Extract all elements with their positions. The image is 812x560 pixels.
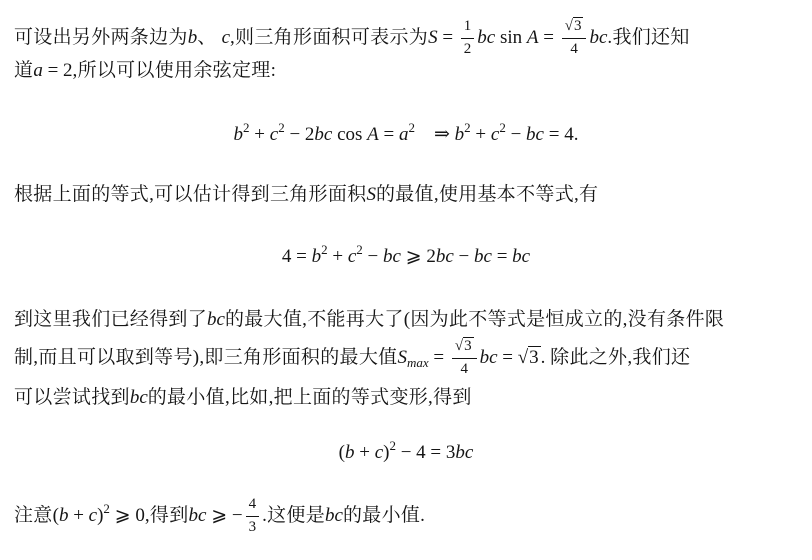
math-roman: 3 [464, 338, 472, 354]
math-roman: = 2 [43, 61, 73, 81]
math-variable: bc [207, 310, 225, 330]
fraction-numerator: √3 [562, 17, 587, 38]
math-roman: − [454, 247, 474, 267]
text-chinese: 可设出另外两条边为 [14, 28, 188, 48]
math-variable: bc [455, 443, 473, 463]
math-subscript: max [407, 356, 429, 370]
text-chinese: 注意 [14, 506, 53, 526]
text-chinese: 的最小值. [343, 506, 425, 526]
math-variable: c [348, 247, 356, 267]
math-variable: b [312, 247, 322, 267]
math-superscript: 2 [356, 243, 363, 257]
text-chinese: ,则三角形面积可表示为 [230, 28, 428, 48]
math-variable: c [222, 28, 230, 48]
math-square-root: √3 [565, 17, 584, 34]
text-chinese: .这便是 [262, 506, 325, 526]
math-variable: a [399, 125, 409, 145]
text-chinese: ,得到 [145, 506, 189, 526]
math-roman: − [363, 247, 383, 267]
math-roman: 3 [249, 519, 257, 535]
math-roman: − [506, 125, 526, 145]
math-roman: = [379, 125, 399, 145]
radicand: 3 [573, 17, 584, 34]
math-variable: c [270, 125, 278, 145]
text-chinese: 到这里我们已经得到了 [14, 310, 207, 330]
paragraph-4: 注意(b + c)2 ⩾ 0,得到bc ⩾ −43.这便是bc的最小值. [14, 490, 798, 542]
math-roman: sin [495, 28, 527, 48]
radical-sign: √ [455, 338, 463, 354]
math-roman: + [354, 443, 374, 463]
math-roman: ⩾ − [206, 506, 242, 526]
math-roman: ⇒ [415, 125, 455, 145]
display-equation-transformed: (b + c)2 − 4 = 3bc [14, 439, 798, 467]
math-roman: − 4 = 3 [396, 443, 455, 463]
math-variable: b [188, 28, 198, 48]
display-equation-cosine-rule: b2 + c2 − 2bc cos A = a2 ⇒ b2 + c2 − bc … [14, 120, 798, 150]
math-roman: = [498, 348, 518, 368]
text-chinese: .我们还知 [607, 28, 689, 48]
math-variable: bc [436, 247, 454, 267]
math-roman: = [539, 28, 559, 48]
math-roman: 3 [529, 347, 539, 368]
text-chinese: 的最值,使用基本不等式,有 [376, 185, 598, 205]
math-roman: + [471, 125, 491, 145]
math-roman: ⩾ 0 [110, 506, 145, 526]
math-variable: bc [474, 247, 492, 267]
math-variable: bc [383, 247, 401, 267]
math-variable: bc [325, 506, 343, 526]
math-roman: 4 [570, 41, 578, 57]
math-roman: = 4. [544, 125, 578, 145]
math-variable: bc [512, 247, 530, 267]
math-variable: S [428, 28, 438, 48]
math-variable: c [491, 125, 499, 145]
fraction-denominator: 3 [246, 517, 260, 537]
math-variable: A [527, 28, 539, 48]
math-roman: cos [332, 125, 367, 145]
paragraph-3-line-3: 可以尝试找到bc的最小值,比如,把上面的等式变形,得到 [14, 385, 798, 411]
paragraph-1-line-1: 可设出另外两条边为b、 c,则三角形面积可表示为S = 12bc sin A =… [14, 16, 798, 60]
text-chinese: 道 [14, 61, 33, 81]
math-solution-document: 可设出另外两条边为b、 c,则三角形面积可表示为S = 12bc sin A =… [0, 0, 812, 560]
math-roman: + [328, 247, 348, 267]
fraction-denominator: 2 [461, 39, 475, 59]
text-chinese: 除此之外,我们还 [550, 348, 690, 368]
math-superscript: 2 [389, 439, 396, 453]
paragraph-2: 根据上面的等式,可以估计得到三角形面积S的最值,使用基本不等式,有 [14, 182, 798, 208]
display-equation-inequality: 4 = b2 + c2 − bc ⩾ 2bc − bc = bc [14, 243, 798, 271]
radicand: 3 [463, 337, 474, 354]
math-variable: b [59, 506, 69, 526]
math-superscript: 2 [409, 121, 416, 135]
math-roman: ⩾ 2 [401, 247, 436, 267]
text-chinese: 的最大值,不能再大了(因为此不等式是恒成立的,没有条件限 [225, 310, 724, 330]
math-roman: = [429, 348, 449, 368]
text-chinese: 可以尝试找到 [14, 388, 130, 408]
radical-sign: √ [565, 18, 573, 34]
math-fraction: √34 [452, 337, 477, 379]
math-superscript: 2 [321, 243, 328, 257]
math-variable: A [367, 125, 379, 145]
math-superscript: 2 [243, 121, 250, 135]
fraction-numerator: 4 [246, 495, 260, 516]
math-variable: bc [130, 388, 148, 408]
math-variable: bc [477, 28, 495, 48]
text-chinese: ,所以可以使用余弦定理: [73, 61, 277, 81]
math-variable: bc [589, 28, 607, 48]
math-variable: a [33, 61, 43, 81]
math-roman: 4 [460, 361, 468, 377]
math-fraction: √34 [562, 17, 587, 59]
math-fraction: 43 [246, 495, 260, 537]
text-chinese: 的最小值,比如,把上面的等式变形,得到 [148, 388, 472, 408]
math-variable: b [345, 443, 355, 463]
paragraph-3-line-2: 制,而且可以取到等号),即三角形面积的最大值Smax = √34bc = √3.… [14, 330, 798, 386]
math-variable: bc [526, 125, 544, 145]
math-superscript: 2 [278, 121, 285, 135]
math-variable: bc [314, 125, 332, 145]
math-superscript: 2 [103, 502, 110, 516]
math-variable: b [455, 125, 465, 145]
radical-sign: √ [518, 347, 528, 368]
math-variable: bc [480, 348, 498, 368]
fraction-numerator: 1 [461, 17, 475, 38]
text-chinese: 制,而且可以取到等号),即三角形面积的最大值 [14, 348, 397, 368]
math-roman: 4 = [282, 247, 312, 267]
paragraph-1-line-2: 道a = 2,所以可以使用余弦定理: [14, 60, 798, 82]
fraction-numerator: √3 [452, 337, 477, 358]
math-roman: 4 [249, 496, 257, 512]
fraction-denominator: 4 [567, 39, 581, 59]
math-roman: 2 [464, 41, 472, 57]
math-roman: − 2 [285, 125, 315, 145]
math-variable: b [234, 125, 244, 145]
math-roman: + [250, 125, 270, 145]
math-square-root: √3 [455, 337, 474, 354]
math-superscript: 2 [464, 121, 471, 135]
text-chinese: 、 [197, 28, 221, 48]
fraction-denominator: 4 [457, 359, 471, 379]
math-roman: 3 [574, 18, 582, 34]
math-roman: = [438, 28, 458, 48]
math-variable: c [375, 443, 383, 463]
math-roman: 1 [464, 18, 472, 34]
math-fraction: 12 [461, 17, 475, 59]
math-variable: S [366, 185, 376, 205]
math-roman: + [68, 506, 88, 526]
math-variable: c [89, 506, 97, 526]
radicand: 3 [528, 346, 541, 368]
math-roman: = [492, 247, 512, 267]
math-variable: bc [189, 506, 207, 526]
math-roman: . [541, 348, 551, 368]
math-variable: S [397, 348, 407, 368]
text-chinese: 根据上面的等式,可以估计得到三角形面积 [14, 185, 366, 205]
math-square-root: √3 [518, 348, 541, 368]
math-superscript: 2 [499, 121, 506, 135]
